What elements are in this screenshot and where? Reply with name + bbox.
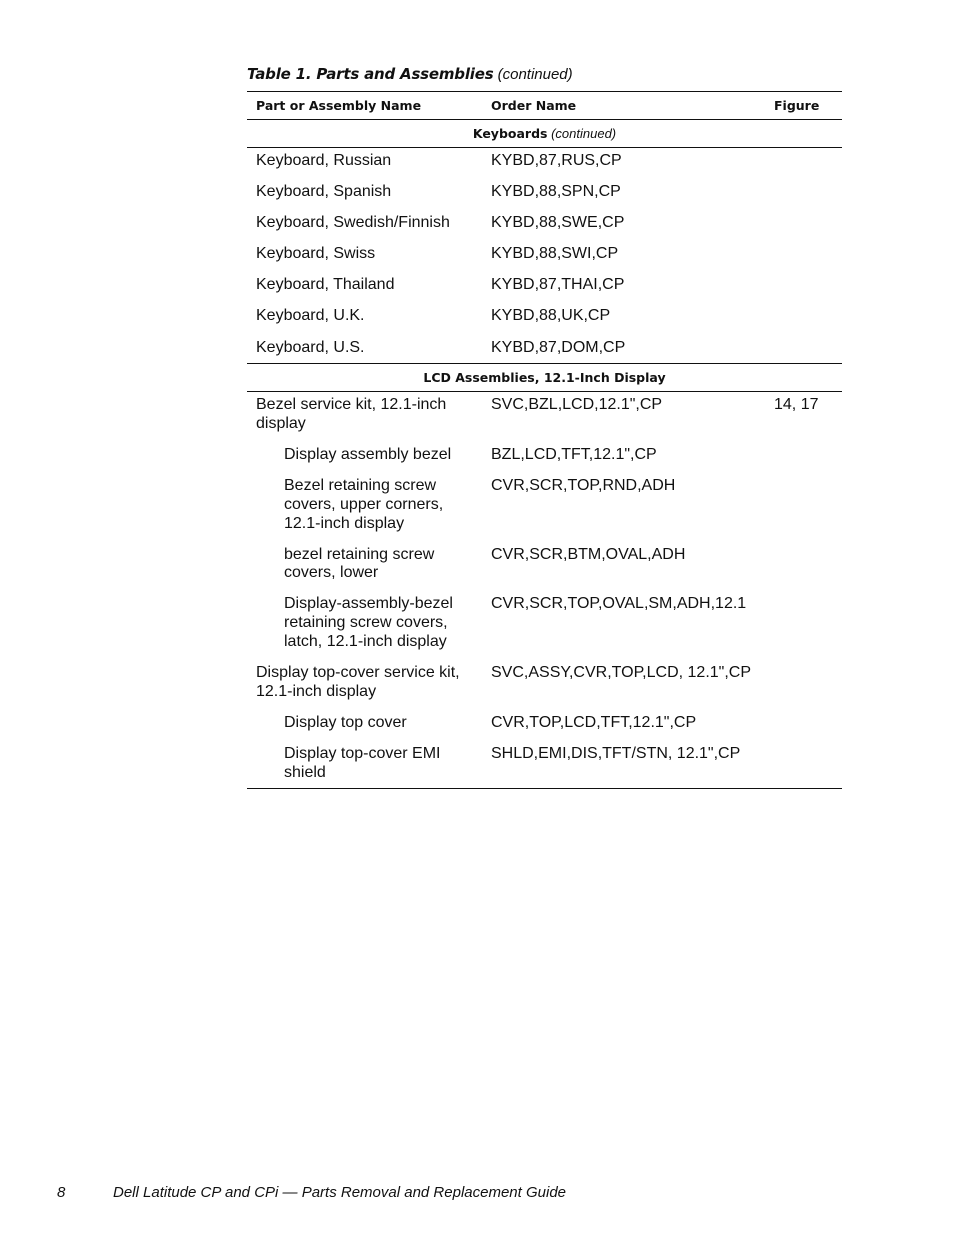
table-row: Keyboard, SwissKYBD,88,SWI,CP xyxy=(247,245,842,276)
order-name-cell: KYBD,88,SWE,CP xyxy=(482,214,766,233)
figure-cell xyxy=(766,152,842,171)
part-name-cell: Display top cover xyxy=(247,714,482,733)
section-bottom-rule xyxy=(247,788,842,789)
figure-cell xyxy=(766,339,842,358)
page-number: 8 xyxy=(57,1184,65,1201)
section-heading: LCD Assemblies, 12.1-Inch Display xyxy=(247,364,842,391)
table-row: Display assembly bezelBZL,LCD,TFT,12.1",… xyxy=(247,446,842,477)
order-name-cell: CVR,TOP,LCD,TFT,12.1",CP xyxy=(482,714,766,733)
table-row: Display top-cover service kit, 12.1-inch… xyxy=(247,664,842,714)
figure-cell xyxy=(766,546,842,583)
section-rows: Bezel service kit, 12.1-inch displaySVC,… xyxy=(247,392,842,788)
header-figure: Figure xyxy=(774,98,819,113)
figure-cell xyxy=(766,745,842,782)
part-name-cell: Bezel retaining screw covers, upper corn… xyxy=(247,477,482,533)
header-order-name: Order Name xyxy=(491,98,576,113)
part-name-cell: Display top-cover service kit, 12.1-inch… xyxy=(247,664,482,701)
figure-cell: 14, 17 xyxy=(766,396,842,433)
table-row: Keyboard, RussianKYBD,87,RUS,CP xyxy=(247,152,842,183)
figure-cell xyxy=(766,446,842,465)
table-row: Keyboard, SpanishKYBD,88,SPN,CP xyxy=(247,183,842,214)
order-name-cell: KYBD,87,DOM,CP xyxy=(482,339,766,358)
order-name-cell: CVR,SCR,TOP,OVAL,SM,ADH,12.1 xyxy=(482,595,766,651)
figure-cell xyxy=(766,276,842,295)
section-rows: Keyboard, RussianKYBD,87,RUS,CPKeyboard,… xyxy=(247,148,842,363)
section-title: Keyboards xyxy=(473,126,548,141)
part-name-cell: Keyboard, Swedish/Finnish xyxy=(247,214,482,233)
figure-cell xyxy=(766,183,842,202)
part-name-cell: Keyboard, Russian xyxy=(247,152,482,171)
part-name-cell: Keyboard, U.K. xyxy=(247,307,482,326)
table-caption-title: Table 1. Parts and Assemblies xyxy=(247,65,493,83)
table-caption-suffix: (continued) xyxy=(493,66,572,83)
figure-cell xyxy=(766,214,842,233)
order-name-cell: SVC,ASSY,CVR,TOP,LCD, 12.1",CP xyxy=(482,664,766,701)
part-name-cell: bezel retaining screw covers, lower xyxy=(247,546,482,583)
part-name-cell: Display top-cover EMI shield xyxy=(247,745,482,782)
order-name-cell: KYBD,88,UK,CP xyxy=(482,307,766,326)
order-name-cell: BZL,LCD,TFT,12.1",CP xyxy=(482,446,766,465)
table-row: Keyboard, U.K.KYBD,88,UK,CP xyxy=(247,307,842,338)
part-name-cell: Keyboard, Thailand xyxy=(247,276,482,295)
table-row: Keyboard, ThailandKYBD,87,THAI,CP xyxy=(247,276,842,307)
table-row: Keyboard, Swedish/FinnishKYBD,88,SWE,CP xyxy=(247,214,842,245)
order-name-cell: SVC,BZL,LCD,12.1",CP xyxy=(482,396,766,433)
part-name-cell: Bezel service kit, 12.1-inch display xyxy=(247,396,482,433)
table-row: Display top-cover EMI shieldSHLD,EMI,DIS… xyxy=(247,745,842,782)
table-row: Bezel service kit, 12.1-inch displaySVC,… xyxy=(247,396,842,446)
order-name-cell: CVR,SCR,BTM,OVAL,ADH xyxy=(482,546,766,583)
part-name-cell: Keyboard, U.S. xyxy=(247,339,482,358)
section-title: LCD Assemblies, 12.1-Inch Display xyxy=(423,370,665,385)
table-header-row: Part or Assembly Name Order Name Figure xyxy=(247,92,842,119)
order-name-cell: KYBD,87,THAI,CP xyxy=(482,276,766,295)
order-name-cell: KYBD,88,SWI,CP xyxy=(482,245,766,264)
section-title-suffix: (continued) xyxy=(547,126,616,141)
table-row: Display-assembly-bezel retaining screw c… xyxy=(247,595,842,664)
table-row: Keyboard, U.S.KYBD,87,DOM,CP xyxy=(247,339,842,358)
figure-cell xyxy=(766,714,842,733)
order-name-cell: KYBD,88,SPN,CP xyxy=(482,183,766,202)
figure-cell xyxy=(766,595,842,651)
figure-cell xyxy=(766,664,842,701)
part-name-cell: Keyboard, Swiss xyxy=(247,245,482,264)
figure-cell xyxy=(766,307,842,326)
table-row: Display top coverCVR,TOP,LCD,TFT,12.1",C… xyxy=(247,714,842,745)
order-name-cell: CVR,SCR,TOP,RND,ADH xyxy=(482,477,766,533)
order-name-cell: SHLD,EMI,DIS,TFT/STN, 12.1",CP xyxy=(482,745,766,782)
table-row: Bezel retaining screw covers, upper corn… xyxy=(247,477,842,546)
part-name-cell: Keyboard, Spanish xyxy=(247,183,482,202)
figure-cell xyxy=(766,245,842,264)
table-caption: Table 1. Parts and Assemblies (continued… xyxy=(247,64,573,85)
document-title: Dell Latitude CP and CPi — Parts Removal… xyxy=(113,1184,566,1201)
header-part-name: Part or Assembly Name xyxy=(256,98,421,113)
section-heading: Keyboards (continued) xyxy=(247,120,842,147)
figure-cell xyxy=(766,477,842,533)
parts-table: Part or Assembly Name Order Name Figure … xyxy=(247,91,842,789)
table-body: Keyboards (continued)Keyboard, RussianKY… xyxy=(247,120,842,789)
part-name-cell: Display-assembly-bezel retaining screw c… xyxy=(247,595,482,651)
part-name-cell: Display assembly bezel xyxy=(247,446,482,465)
order-name-cell: KYBD,87,RUS,CP xyxy=(482,152,766,171)
table-row: bezel retaining screw covers, lowerCVR,S… xyxy=(247,546,842,596)
